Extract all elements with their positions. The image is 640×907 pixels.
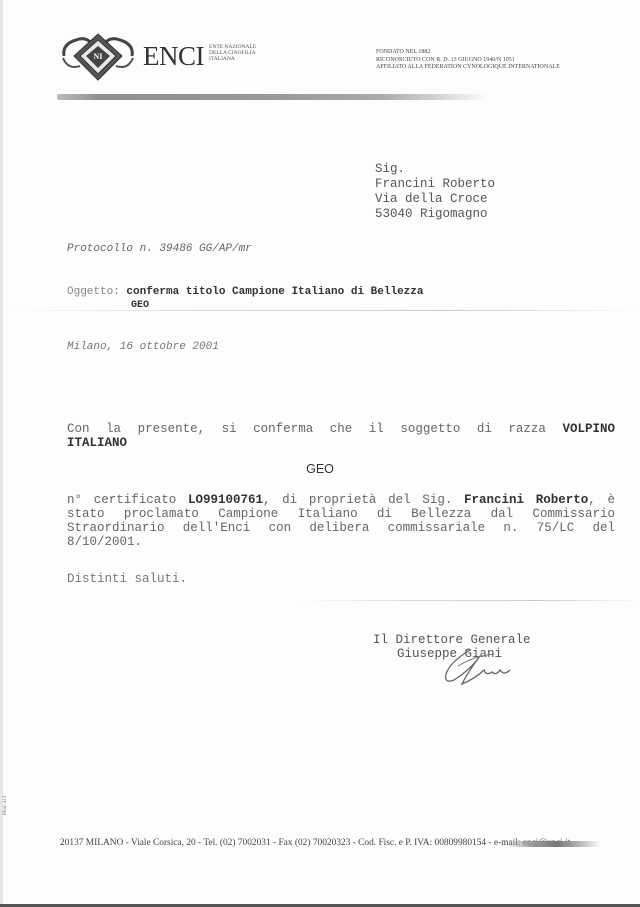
letter-date: Milano, 16 ottobre 2001 [67,341,219,353]
certificate-label: n° certificato [67,493,176,507]
org-name-line: ITALIANA [209,56,256,62]
signatory-title: Il Direttore Generale [373,633,531,647]
org-info-line: AFFILIATO ALLA FEDERATION CYNOLOGIQUE IN… [376,64,560,72]
scan-artifact-line [300,600,640,601]
page-edge [0,0,3,907]
dog-name-heading: GEO [0,462,640,476]
footer-decoration [505,841,600,847]
body-text: Con la presente, si conferma che il sogg… [67,422,546,436]
subject-dog-name: GEO [67,299,423,312]
breed-name: VOLPINO [562,422,615,436]
org-info: FONDATO NEL 1882 RICONOSCIUTO CON R. D. … [376,49,560,72]
org-full-name: ENTE NAZIONALE DELLA CINOFILIA ITALIANA [209,44,256,62]
subject-text: conferma titolo Campione Italiano di Bel… [126,286,423,298]
certificate-number: LO99100761 [188,493,263,507]
body-text: , di proprietà del Sig. [263,493,452,507]
form-model-label: Mod. 419 [3,796,8,815]
header-divider [57,94,487,100]
subject-label: Oggetto: [67,286,120,298]
breed-name-cont: ITALIANO [67,436,127,450]
recipient-salutation: Sig. [375,162,495,177]
recipient-street: Via della Croce [375,192,495,207]
protocol-number: Protocollo n. 39486 GG/AP/mr [67,243,252,255]
org-acronym: ENCI [143,41,204,72]
handwritten-signature-icon [440,648,520,688]
svg-text:NI: NI [94,52,103,61]
footer-contact: 20137 MILANO - Viale Corsica, 20 - Tel. … [60,838,570,848]
org-info-line: RICONOSCIUTO CON R. D. 13 GIUGNO 1940/N … [376,57,560,65]
owner-name: Francini Roberto [464,493,588,507]
org-info-line: FONDATO NEL 1882 [376,49,560,57]
closing: Distinti saluti. [67,572,187,586]
body-paragraph-1: Con la presente, si conferma che il sogg… [67,422,615,450]
subject-line: Oggetto: conferma titolo Campione Italia… [67,286,423,312]
recipient-city: 53040 Rigomagno [375,207,495,222]
recipient-name: Francini Roberto [375,177,495,192]
recipient-address: Sig. Francini Roberto Via della Croce 53… [375,162,495,222]
enci-crest-logo-icon: NI [58,26,138,84]
body-paragraph-2: n° certificato LO99100761, di proprietà … [67,493,615,549]
